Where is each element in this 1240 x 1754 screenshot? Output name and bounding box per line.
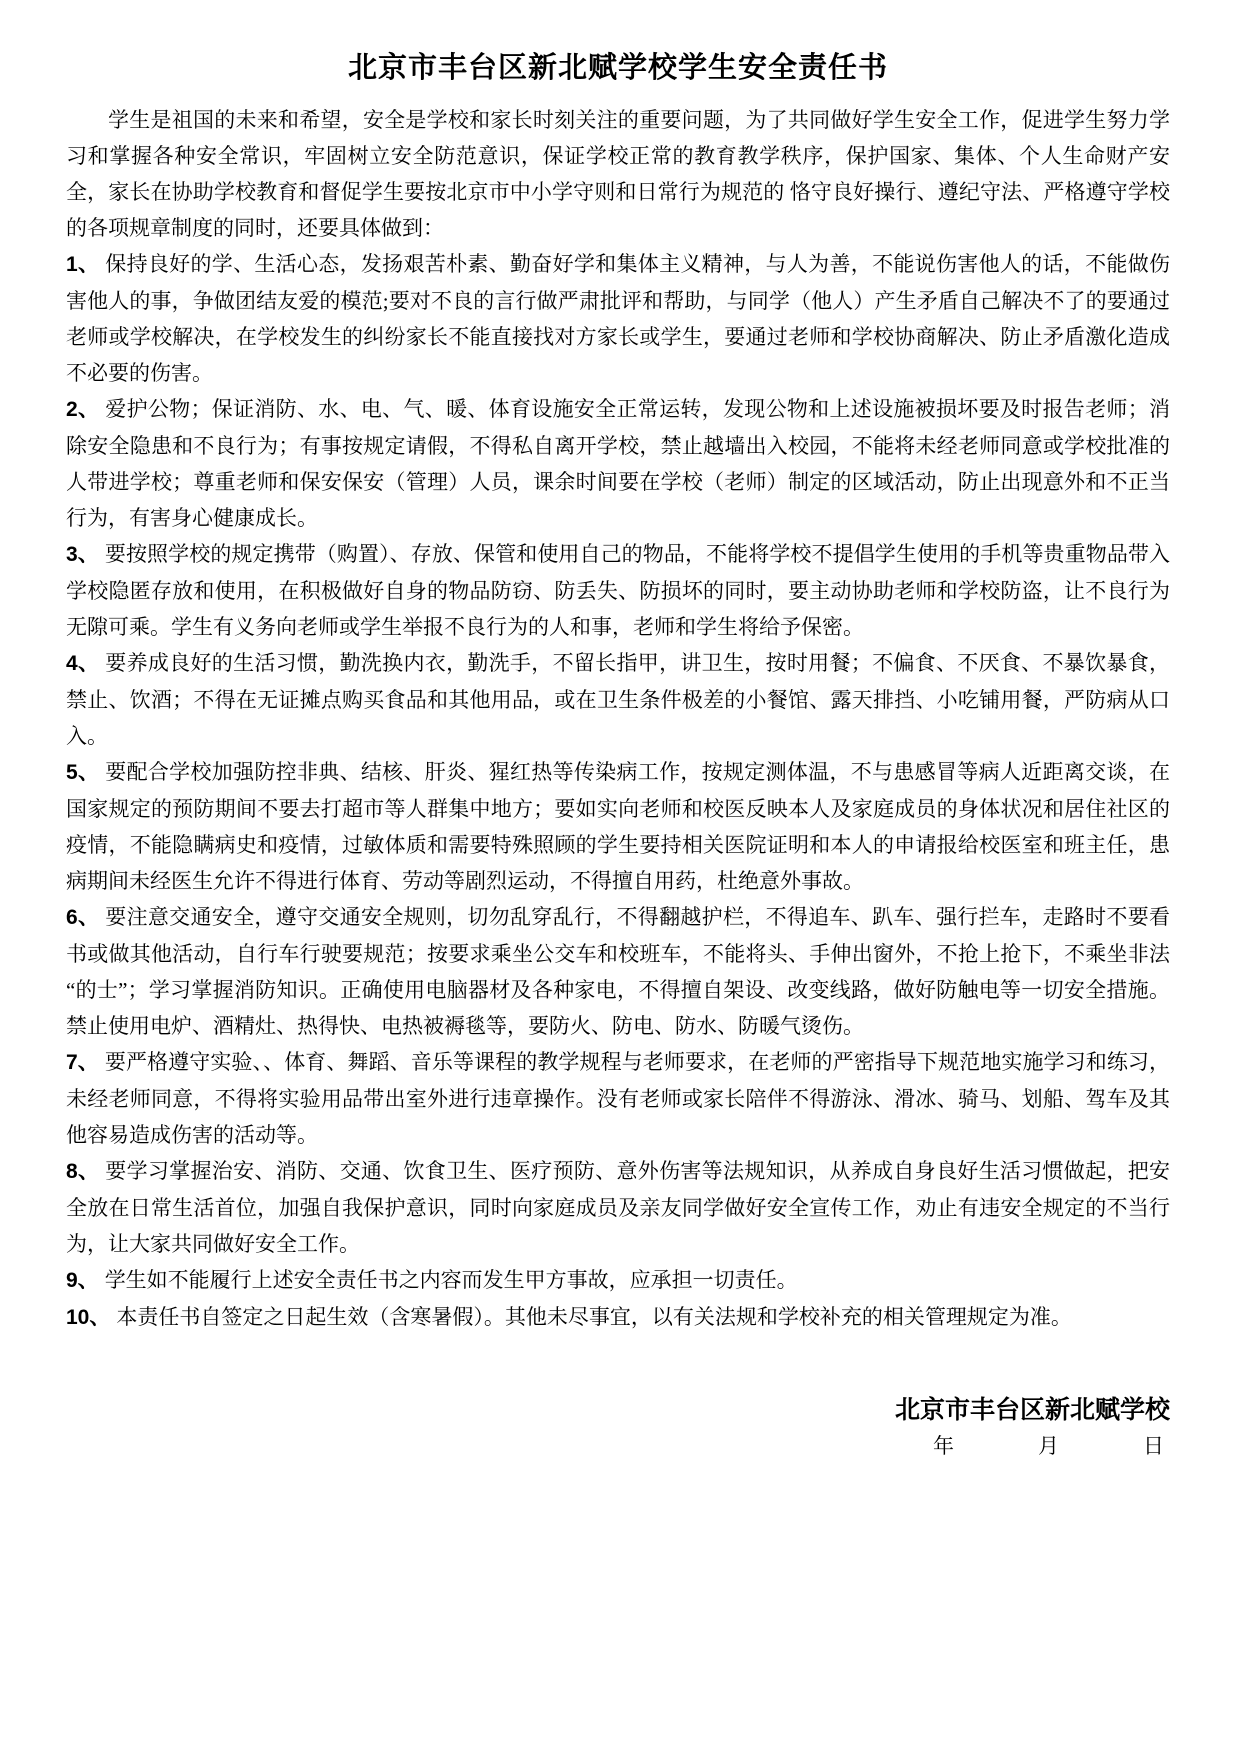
item-text: 要按照学校的规定携带（购置）、存放、保管和使用自己的物品，不能将学校不提倡学生使… (66, 542, 1170, 639)
item-number: 7、 (66, 1051, 105, 1074)
item-3: 3、要按照学校的规定携带（购置）、存放、保管和使用自己的物品，不能将学校不提倡学… (66, 536, 1170, 645)
item-text: 保持良好的学、生活心态，发扬艰苦朴素、勤奋好学和集体主义精神，与人为善，不能说伤… (66, 252, 1170, 385)
item-10: 10、本责任书自签定之日起生效（含寒暑假）。其他未尽事宜，以有关法规和学校补充的… (66, 1299, 1170, 1336)
item-text: 要配合学校加强防控非典、结核、肝炎、猩红热等传染病工作，按规定测体温，不与患感冒… (66, 760, 1170, 893)
item-2: 2、爱护公物；保证消防、水、电、气、暖、体育设施安全正常运转，发现公物和上述设施… (66, 391, 1170, 536)
document-title: 北京市丰台区新北赋学校学生安全责任书 (66, 50, 1170, 86)
item-number: 9、 (66, 1269, 105, 1292)
item-7: 7、要严格遵守实验、、体育、舞蹈、音乐等课程的教学规程与老师要求，在老师的严密指… (66, 1044, 1170, 1153)
signature-school-name: 北京市丰台区新北赋学校 (66, 1392, 1170, 1428)
item-text: 本责任书自签定之日起生效（含寒暑假）。其他未尽事宜，以有关法规和学校补充的相关管… (116, 1305, 1072, 1329)
item-number: 10、 (66, 1306, 116, 1329)
item-text: 爱护公物；保证消防、水、电、气、暖、体育设施安全正常运转，发现公物和上述设施被损… (66, 397, 1170, 530)
signature-date-line: 年 月 日 (66, 1428, 1170, 1464)
item-number: 6、 (66, 906, 105, 929)
item-6: 6、要注意交通安全，遵守交通安全规则，切勿乱穿乱行，不得翻越护栏，不得追车、趴车… (66, 899, 1170, 1044)
item-text: 要养成良好的生活习惯，勤洗换内衣，勤洗手，不留长指甲，讲卫生，按时用餐；不偏食、… (66, 651, 1170, 748)
item-5: 5、要配合学校加强防控非典、结核、肝炎、猩红热等传染病工作，按规定测体温，不与患… (66, 754, 1170, 899)
item-4: 4、要养成良好的生活习惯，勤洗换内衣，勤洗手，不留长指甲，讲卫生，按时用餐；不偏… (66, 645, 1170, 754)
item-text: 要严格遵守实验、、体育、舞蹈、音乐等课程的教学规程与老师要求，在老师的严密指导下… (66, 1050, 1170, 1147)
intro-paragraph: 学生是祖国的未来和希望，安全是学校和家长时刻关注的重要问题，为了共同做好学生安全… (66, 102, 1170, 246)
document-page: 北京市丰台区新北赋学校学生安全责任书 学生是祖国的未来和希望，安全是学校和家长时… (0, 0, 1240, 1754)
item-text: 要注意交通安全，遵守交通安全规则，切勿乱穿乱行，不得翻越护栏，不得追车、趴车、强… (66, 905, 1170, 1038)
item-number: 8、 (66, 1160, 105, 1183)
signature-block: 北京市丰台区新北赋学校 年 月 日 (66, 1392, 1170, 1464)
item-number: 5、 (66, 761, 105, 784)
item-text: 学生如不能履行上述安全责任书之内容而发生甲方事故，应承担一切责任。 (105, 1268, 798, 1292)
item-text: 要学习掌握治安、消防、交通、饮食卫生、医疗预防、意外伤害等法规知识，从养成自身良… (66, 1159, 1170, 1256)
item-number: 1、 (66, 253, 105, 276)
item-8: 8、要学习掌握治安、消防、交通、饮食卫生、医疗预防、意外伤害等法规知识，从养成自… (66, 1153, 1170, 1262)
item-number: 3、 (66, 543, 105, 566)
item-number: 2、 (66, 398, 105, 421)
item-number: 4、 (66, 652, 105, 675)
item-9: 9、学生如不能履行上述安全责任书之内容而发生甲方事故，应承担一切责任。 (66, 1262, 1170, 1299)
item-1: 1、保持良好的学、生活心态，发扬艰苦朴素、勤奋好学和集体主义精神，与人为善，不能… (66, 246, 1170, 391)
